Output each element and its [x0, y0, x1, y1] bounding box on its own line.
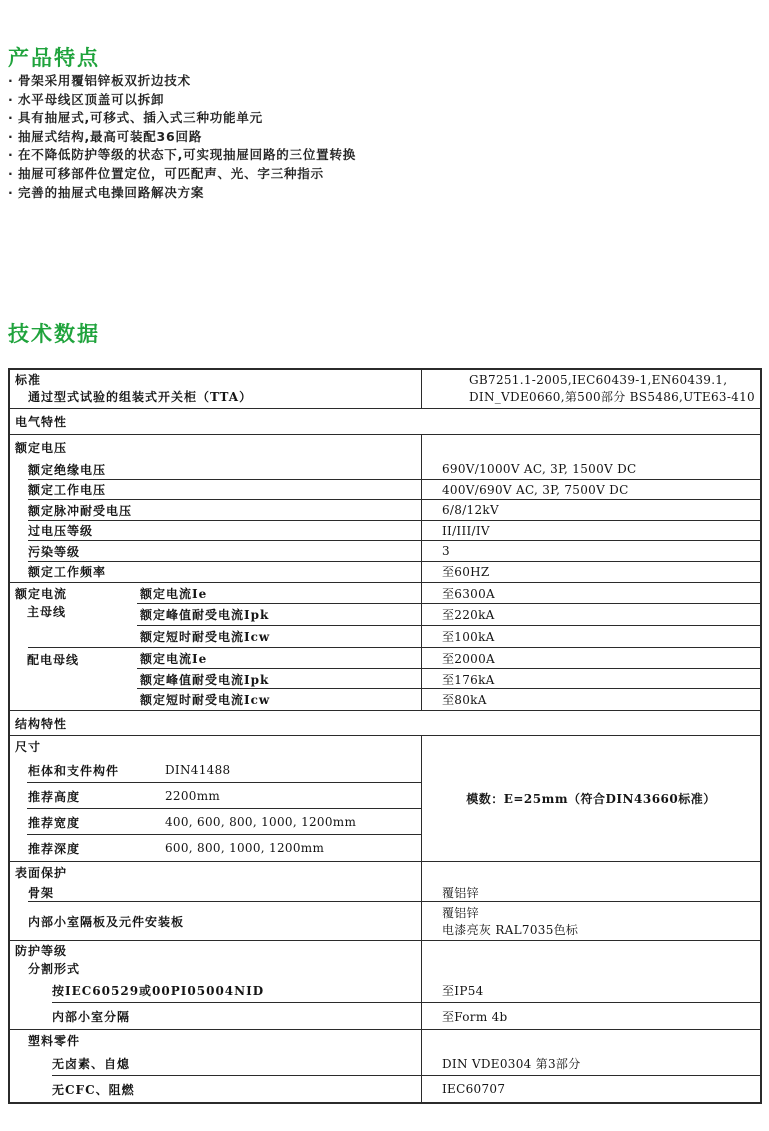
- current-group-name: 配电母线: [10, 651, 137, 669]
- row-label: 推荐高度: [10, 783, 165, 809]
- row-value: DIN41488: [165, 757, 421, 783]
- bullet-dot: ·: [8, 184, 18, 203]
- row-label: 内部小室分隔: [10, 1003, 421, 1029]
- row-label: 额定绝缘电压: [10, 459, 421, 480]
- current-group-distribution-busbar: 配电母线 额定电流Ie 至2000A 额定峰值耐受电流Ipk 至176kA 额定…: [10, 648, 760, 710]
- row-value-line1: 覆铝锌: [442, 905, 760, 922]
- standard-value-line1: GB7251.1-2005,IEC60439-1,EN60439.1,: [469, 372, 760, 389]
- current-group-rows: 额定电流Ie 至6300A 额定峰值耐受电流Ipk 至220kA 额定短时耐受电…: [137, 583, 760, 647]
- bullet-dot: ·: [8, 165, 18, 184]
- row-value: 600, 800, 1000, 1200mm: [165, 835, 421, 861]
- section-electrical-header: 电气特性: [10, 408, 760, 434]
- protection-subheader: 分割形式: [10, 960, 760, 977]
- table-row: 额定工作电压 400V/690V AC, 3P, 7500V DC: [10, 480, 760, 501]
- dimensions-left: 尺寸 柜体和支件构件 DIN41488 推荐高度 2200mm 推荐宽度 400…: [10, 736, 421, 861]
- bullet-dot: ·: [8, 72, 18, 91]
- row-value: 6/8/12kV: [421, 500, 760, 521]
- table-row: 骨架 覆铝锌: [10, 882, 760, 902]
- row-label: 过电压等级: [10, 521, 421, 542]
- row-value: 覆铝锌 电漆亮灰 RAL7035色标: [421, 902, 760, 940]
- row-label: 额定电流Ie: [137, 648, 421, 669]
- row-label: 额定工作频率: [10, 562, 421, 583]
- row-label: 按IEC60529或00PI05004NID: [10, 977, 421, 1003]
- table-row: 额定工作频率 至60HZ: [10, 562, 760, 583]
- table-row: 污染等级 3: [10, 541, 760, 562]
- surface-header: 表面保护: [10, 862, 760, 882]
- dimensions-header: 尺寸: [10, 736, 421, 757]
- table-row: 内部小室分隔 至Form 4b: [10, 1003, 760, 1029]
- structure-header-text: 结构特性: [10, 711, 760, 735]
- row-label: 无卤素、自熄: [10, 1050, 421, 1076]
- row-value: DIN VDE0304 第3部分: [421, 1050, 760, 1076]
- row-value: II/III/IV: [421, 521, 760, 542]
- bullet-dot: ·: [8, 146, 18, 165]
- table-row: 额定脉冲耐受电压 6/8/12kV: [10, 500, 760, 521]
- row-label: 额定短时耐受电流Icw: [137, 689, 421, 710]
- feature-item-text: 抽屉可移部件位置定位，可匹配声、光、字三种指示: [18, 166, 324, 181]
- tech-data-title: 技术数据: [8, 318, 100, 348]
- row-value: IEC60707: [421, 1076, 760, 1102]
- protection-header: 防护等级: [10, 941, 760, 960]
- section-plastic-parts: 塑料零件 无卤素、自熄 DIN VDE0304 第3部分 无CFC、阻燃 IEC…: [10, 1029, 760, 1102]
- row-label: 额定峰值耐受电流Ipk: [137, 604, 421, 625]
- feature-item-text: 抽屉式结构,最高可装配36回路: [18, 129, 202, 144]
- current-header: 额定电流: [10, 585, 137, 603]
- bullet-dot: ·: [8, 91, 18, 110]
- row-label: 额定工作电压: [10, 480, 421, 501]
- standard-sublabel: 通过型式试验的组装式开关柜（TTA）: [15, 389, 421, 406]
- feature-item: ·抽屉式结构,最高可装配36回路: [8, 128, 356, 147]
- table-row: 无卤素、自熄 DIN VDE0304 第3部分: [10, 1050, 760, 1076]
- row-value: 至80kA: [421, 689, 760, 710]
- row-value: 至60HZ: [421, 562, 760, 583]
- table-row: 推荐深度 600, 800, 1000, 1200mm: [10, 835, 421, 861]
- feature-item: ·抽屉可移部件位置定位，可匹配声、光、字三种指示: [8, 165, 356, 184]
- current-group-label-cell: 配电母线: [10, 648, 137, 710]
- table-row: 推荐高度 2200mm: [10, 783, 421, 809]
- row-value-line2: 电漆亮灰 RAL7035色标: [442, 922, 760, 939]
- row-label: 污染等级: [10, 541, 421, 562]
- table-row: 额定短时耐受电流Icw 至80kA: [137, 689, 760, 710]
- row-label: 额定短时耐受电流Icw: [137, 626, 421, 647]
- row-value: 至Form 4b: [421, 1003, 760, 1029]
- table-row: 按IEC60529或00PI05004NID 至IP54: [10, 977, 760, 1003]
- row-standard: 标准 通过型式试验的组装式开关柜（TTA） GB7251.1-2005,IEC6…: [10, 370, 760, 408]
- row-value: 覆铝锌: [421, 882, 760, 902]
- section-dimensions: 尺寸 柜体和支件构件 DIN41488 推荐高度 2200mm 推荐宽度 400…: [10, 735, 760, 861]
- standard-value-line2: DIN_VDE0660,第500部分 BS5486,UTE63-410: [469, 389, 760, 406]
- row-label: 柜体和支件构件: [10, 757, 165, 783]
- row-value: 2200mm: [165, 783, 421, 809]
- table-row: 过电压等级 II/III/IV: [10, 521, 760, 542]
- row-value: 至IP54: [421, 977, 760, 1003]
- bullet-dot: ·: [8, 128, 18, 147]
- row-value: 400V/690V AC, 3P, 7500V DC: [421, 480, 760, 501]
- feature-item-text: 水平母线区顶盖可以拆卸: [18, 92, 164, 107]
- table-row: 额定峰值耐受电流Ipk 至220kA: [137, 604, 760, 625]
- feature-item-text: 在不降低防护等级的状态下,可实现抽屉回路的三位置转换: [18, 147, 356, 162]
- row-label: 骨架: [10, 882, 421, 902]
- current-group-main-busbar: 额定电流 主母线 额定电流Ie 至6300A 额定峰值耐受电流Ipk 至220k…: [10, 583, 760, 647]
- standard-value-cell: GB7251.1-2005,IEC60439-1,EN60439.1, DIN_…: [421, 370, 760, 408]
- table-row: 无CFC、阻燃 IEC60707: [10, 1076, 760, 1102]
- electrical-header-text: 电气特性: [10, 409, 760, 434]
- voltage-header: 额定电压: [10, 435, 760, 459]
- feature-item: ·骨架采用覆铝锌板双折边技术: [8, 72, 356, 91]
- row-value: 至176kA: [421, 669, 760, 690]
- current-group-name: 主母线: [10, 603, 137, 621]
- row-value: 至6300A: [421, 583, 760, 604]
- table-row: 柜体和支件构件 DIN41488: [10, 757, 421, 783]
- section-rated-voltage: 额定电压 额定绝缘电压 690V/1000V AC, 3P, 1500V DC …: [10, 434, 760, 582]
- table-row: 额定峰值耐受电流Ipk 至176kA: [137, 669, 760, 690]
- dimensions-module-note: 模数：E=25mm（符合DIN43660标准）: [421, 736, 760, 861]
- page: { "colors": { "accent_green": "#1fa33c",…: [0, 0, 769, 1131]
- feature-item-text: 具有抽屉式,可移式、插入式三种功能单元: [18, 110, 263, 125]
- row-value: 690V/1000V AC, 3P, 1500V DC: [421, 459, 760, 480]
- feature-item: ·在不降低防护等级的状态下,可实现抽屉回路的三位置转换: [8, 146, 356, 165]
- row-value: 至100kA: [421, 626, 760, 647]
- feature-item: ·完善的抽屉式电操回路解决方案: [8, 184, 356, 203]
- row-value: 至2000A: [421, 648, 760, 669]
- feature-item-text: 完善的抽屉式电操回路解决方案: [18, 185, 204, 200]
- features-title: 产品特点: [8, 42, 100, 72]
- table-row: 内部小室隔板及元件安装板 覆铝锌 电漆亮灰 RAL7035色标: [10, 902, 760, 940]
- row-value: 至220kA: [421, 604, 760, 625]
- table-row: 额定绝缘电压 690V/1000V AC, 3P, 1500V DC: [10, 459, 760, 480]
- row-value: 400, 600, 800, 1000, 1200mm: [165, 809, 421, 835]
- row-label: 推荐深度: [10, 835, 165, 861]
- table-row: 额定电流Ie 至2000A: [137, 648, 760, 669]
- table-row: 额定电流Ie 至6300A: [137, 583, 760, 604]
- plastic-header: 塑料零件: [10, 1030, 760, 1050]
- feature-item-text: 骨架采用覆铝锌板双折边技术: [18, 73, 191, 88]
- standard-label-cell: 标准 通过型式试验的组装式开关柜（TTA）: [10, 370, 421, 408]
- section-surface-protection: 表面保护 骨架 覆铝锌 内部小室隔板及元件安装板 覆铝锌 电漆亮灰 RAL703…: [10, 861, 760, 940]
- row-label: 额定脉冲耐受电压: [10, 500, 421, 521]
- row-label: 内部小室隔板及元件安装板: [10, 902, 421, 940]
- section-protection-degree: 防护等级 分割形式 按IEC60529或00PI05004NID 至IP54 内…: [10, 940, 760, 1029]
- current-group-rows: 额定电流Ie 至2000A 额定峰值耐受电流Ipk 至176kA 额定短时耐受电…: [137, 648, 760, 710]
- row-label: 无CFC、阻燃: [10, 1076, 421, 1102]
- table-row: 额定短时耐受电流Icw 至100kA: [137, 626, 760, 647]
- current-group-label-cell: 额定电流 主母线: [10, 583, 137, 647]
- row-label: 推荐宽度: [10, 809, 165, 835]
- feature-list: ·骨架采用覆铝锌板双折边技术 ·水平母线区顶盖可以拆卸 ·具有抽屉式,可移式、插…: [8, 72, 356, 202]
- table-row: 推荐宽度 400, 600, 800, 1000, 1200mm: [10, 809, 421, 835]
- feature-item: ·具有抽屉式,可移式、插入式三种功能单元: [8, 109, 356, 128]
- standard-label: 标准: [15, 372, 421, 389]
- bullet-dot: ·: [8, 109, 18, 128]
- row-label: 额定电流Ie: [137, 583, 421, 604]
- feature-item: ·水平母线区顶盖可以拆卸: [8, 91, 356, 110]
- section-rated-current: 额定电流 主母线 额定电流Ie 至6300A 额定峰值耐受电流Ipk 至220k…: [10, 582, 760, 710]
- spec-table: 标准 通过型式试验的组装式开关柜（TTA） GB7251.1-2005,IEC6…: [8, 368, 762, 1104]
- section-structure-header: 结构特性: [10, 710, 760, 735]
- row-label: 额定峰值耐受电流Ipk: [137, 669, 421, 690]
- row-value: 3: [421, 541, 760, 562]
